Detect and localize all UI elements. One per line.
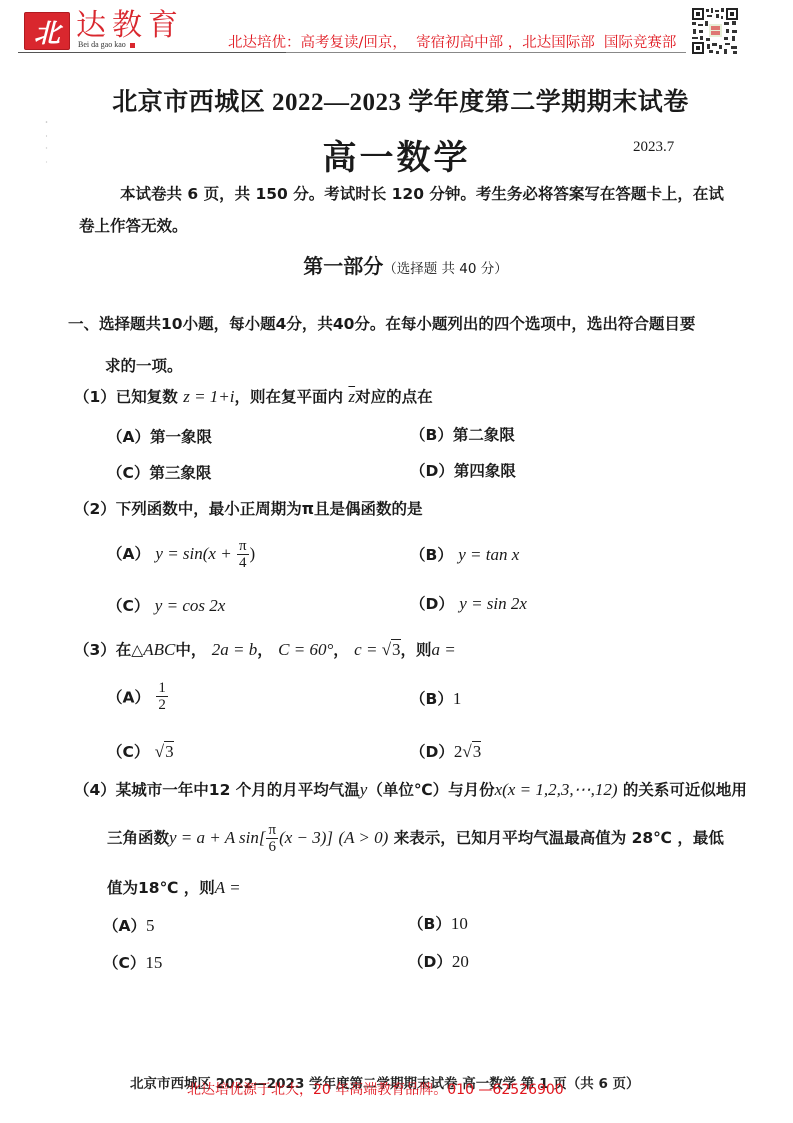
math-expression: y = sin(x + [155, 544, 236, 563]
fraction-numerator: π [237, 538, 249, 555]
question-3-option-c[interactable]: （C） √3 [107, 740, 174, 762]
stem-text: 值为18℃ ，则 [107, 879, 215, 897]
radicand: 3 [164, 741, 174, 761]
header-divider-right [286, 52, 686, 53]
fraction-denominator: 6 [269, 839, 277, 855]
stem-text: 在△ [116, 641, 143, 659]
option-label: （A） [107, 545, 150, 563]
condition-2: C = 60° [278, 640, 333, 659]
question-4-option-d[interactable]: （D）20 [408, 950, 469, 972]
stem-text: （单位℃）与月份 [367, 781, 494, 799]
coefficient: 2 [454, 742, 463, 761]
section-instructions: 一、选择题共10小题，每小题4分，共40分。在每小题列出的四个选项中，选出符合题… [68, 303, 738, 387]
logo-subtitle-text: Bei da gao kao [78, 40, 126, 49]
stem-text: 三角函数 [107, 829, 169, 847]
triangle-name: ABC [143, 640, 175, 659]
question-4-stem-line-2: 三角函数y = a + A sin[π6(x − 3)] (A > 0) 来表示… [107, 822, 724, 855]
radicand: 3 [472, 741, 482, 761]
question-4-stem-line-1: （4）某城市一年中12 个月的月平均气温y（单位℃）与月份x(x = 1,2,3… [74, 778, 747, 800]
part-title: 第一部分 [303, 254, 383, 278]
question-number: （4） [74, 781, 116, 799]
option-label: （D） [410, 595, 454, 613]
option-value: 20 [452, 952, 469, 971]
part-subtitle: （选择题 共 40 分） [383, 261, 508, 277]
question-1-option-b[interactable]: （B）第二象限 [410, 423, 515, 445]
option-text: 第三象限 [149, 464, 211, 482]
math-expression: A = [215, 878, 241, 897]
option-text: 第二象限 [453, 426, 515, 444]
exam-date: 2023.7 [633, 139, 674, 156]
footer-watermark: 北达培优源于北大，20 年高端教育品牌。010 —62526900 [187, 1079, 564, 1099]
question-3-option-a[interactable]: （A） 12 [107, 680, 169, 713]
square-root: √3 [155, 742, 174, 762]
stem-text: 来表示，已知月平均气温最高值为 28℃ ，最低 [394, 829, 724, 847]
option-label: （B） [410, 546, 453, 564]
fraction: π6 [266, 822, 278, 855]
fraction: π4 [237, 538, 249, 571]
header-divider [18, 52, 286, 53]
option-text: 第四象限 [454, 462, 516, 480]
square-root: √3 [382, 640, 401, 660]
logo-mark: 北 [24, 12, 70, 50]
condition-3: c = [354, 640, 382, 659]
option-label: （D） [410, 743, 454, 761]
option-label: （B） [408, 915, 451, 933]
square-root: √3 [462, 742, 481, 762]
stem-text: 下列函数中，最小正周期为π且是偶函数的是 [116, 500, 423, 518]
question-4-stem-line-3: 值为18℃ ，则A = [107, 876, 241, 898]
instructions-line-1: 本试卷共 6 页，共 150 分。考试时长 120 分钟。考生务必将答案写在答题… [120, 178, 740, 210]
option-label: （C） [107, 597, 149, 615]
option-label: （A） [107, 428, 150, 446]
math-expression: y = a + A sin[ [169, 828, 265, 847]
stem-text: 对应的点在 [355, 388, 433, 406]
stem-text: 已知复数 [116, 388, 178, 406]
exam-instructions: 本试卷共 6 页，共 150 分。考试时长 120 分钟。考生务必将答案写在答题… [120, 178, 740, 242]
question-3-stem: （3）在△ABC中， 2a = b， C = 60°， c = √3，则a = [74, 638, 456, 660]
logo-text: 达教育 [76, 10, 184, 42]
math-expression: a = [432, 640, 456, 659]
question-2-option-b[interactable]: （B） y = tan x [410, 543, 519, 565]
option-label: （A） [103, 917, 146, 935]
option-label: （C） [107, 743, 149, 761]
question-number: （2） [74, 500, 116, 518]
question-1-option-c[interactable]: （C）第三象限 [107, 461, 211, 483]
fraction-numerator: π [266, 822, 278, 839]
math-expression: y = sin 2x [459, 594, 527, 613]
option-label: （C） [103, 954, 145, 972]
fraction: 12 [156, 680, 168, 713]
question-2-option-d[interactable]: （D） y = sin 2x [410, 592, 527, 614]
question-1-option-a[interactable]: （A）第一象限 [107, 425, 212, 447]
math-expression: (x − 3)] [279, 828, 333, 847]
question-4-option-c[interactable]: （C）15 [103, 951, 162, 973]
stem-text: 某城市一年中12 个月的月平均气温 [116, 781, 360, 799]
condition: (A > 0) [338, 828, 388, 847]
question-4-option-a[interactable]: （A）5 [103, 914, 155, 936]
section-line-2: 求的一项。 [68, 345, 738, 387]
option-label: （C） [107, 464, 149, 482]
exam-title: 北京市西城区 2022—2023 学年度第二学期期末试卷 [0, 82, 793, 118]
math-expression: y = tan x [458, 545, 519, 564]
option-text: 第一象限 [150, 428, 212, 446]
question-3-option-d[interactable]: （D）2√3 [410, 740, 481, 762]
option-label: （B） [410, 690, 453, 708]
option-value: 10 [451, 914, 468, 933]
question-4-option-b[interactable]: （B）10 [408, 912, 468, 934]
question-1-stem: （1）已知复数 z = 1+i，则在复平面内 z对应的点在 [74, 385, 433, 407]
fraction-denominator: 4 [239, 555, 247, 571]
option-label: （A） [107, 689, 150, 707]
domain-expression: (x = 1,2,3,⋯,12) [502, 780, 617, 799]
question-2-option-a[interactable]: （A） y = sin(x + π4) [107, 538, 255, 571]
math-expression: ) [250, 544, 256, 563]
section-line-1: 一、选择题共10小题，每小题4分，共40分。在每小题列出的四个选项中，选出符合题… [68, 303, 738, 345]
option-value: 5 [146, 916, 155, 935]
option-value: 15 [145, 953, 162, 972]
stem-text: 中， [175, 641, 206, 659]
qr-code-icon [691, 7, 739, 55]
stem-text: ，则 [401, 641, 432, 659]
instructions-line-2: 卷上作答无效。 [79, 210, 740, 242]
condition-1: 2a = b [212, 640, 257, 659]
question-2-stem: （2）下列函数中，最小正周期为π且是偶函数的是 [74, 497, 423, 519]
header-slogan: 北达培优：高考复读/回京， 寄宿初高中部 ，北达国际部 国际竞赛部 [228, 31, 676, 52]
math-expression: z = 1+i [183, 387, 234, 406]
math-expression: y = cos 2x [155, 596, 225, 615]
fraction-denominator: 2 [158, 697, 166, 713]
question-3-option-b[interactable]: （B）1 [410, 687, 461, 709]
option-label: （B） [410, 426, 453, 444]
stem-text: ，则在复平面内 [235, 388, 344, 406]
logo-square-icon [130, 43, 135, 48]
option-label: （D） [408, 953, 452, 971]
option-label: （D） [410, 462, 454, 480]
question-2-option-c[interactable]: （C） y = cos 2x [107, 594, 225, 616]
question-number: （1） [74, 388, 116, 406]
stem-text: 的关系可近似地用 [623, 781, 747, 799]
question-1-option-d[interactable]: （D）第四象限 [410, 459, 516, 481]
variable-x: x [495, 780, 503, 799]
logo-subtitle: Bei da gao kao [78, 40, 135, 49]
part-heading: 第一部分（选择题 共 40 分） [0, 250, 793, 279]
option-value: 1 [453, 689, 462, 708]
question-number: （3） [74, 641, 116, 659]
radicand: 3 [391, 639, 401, 659]
fraction-numerator: 1 [156, 680, 168, 697]
